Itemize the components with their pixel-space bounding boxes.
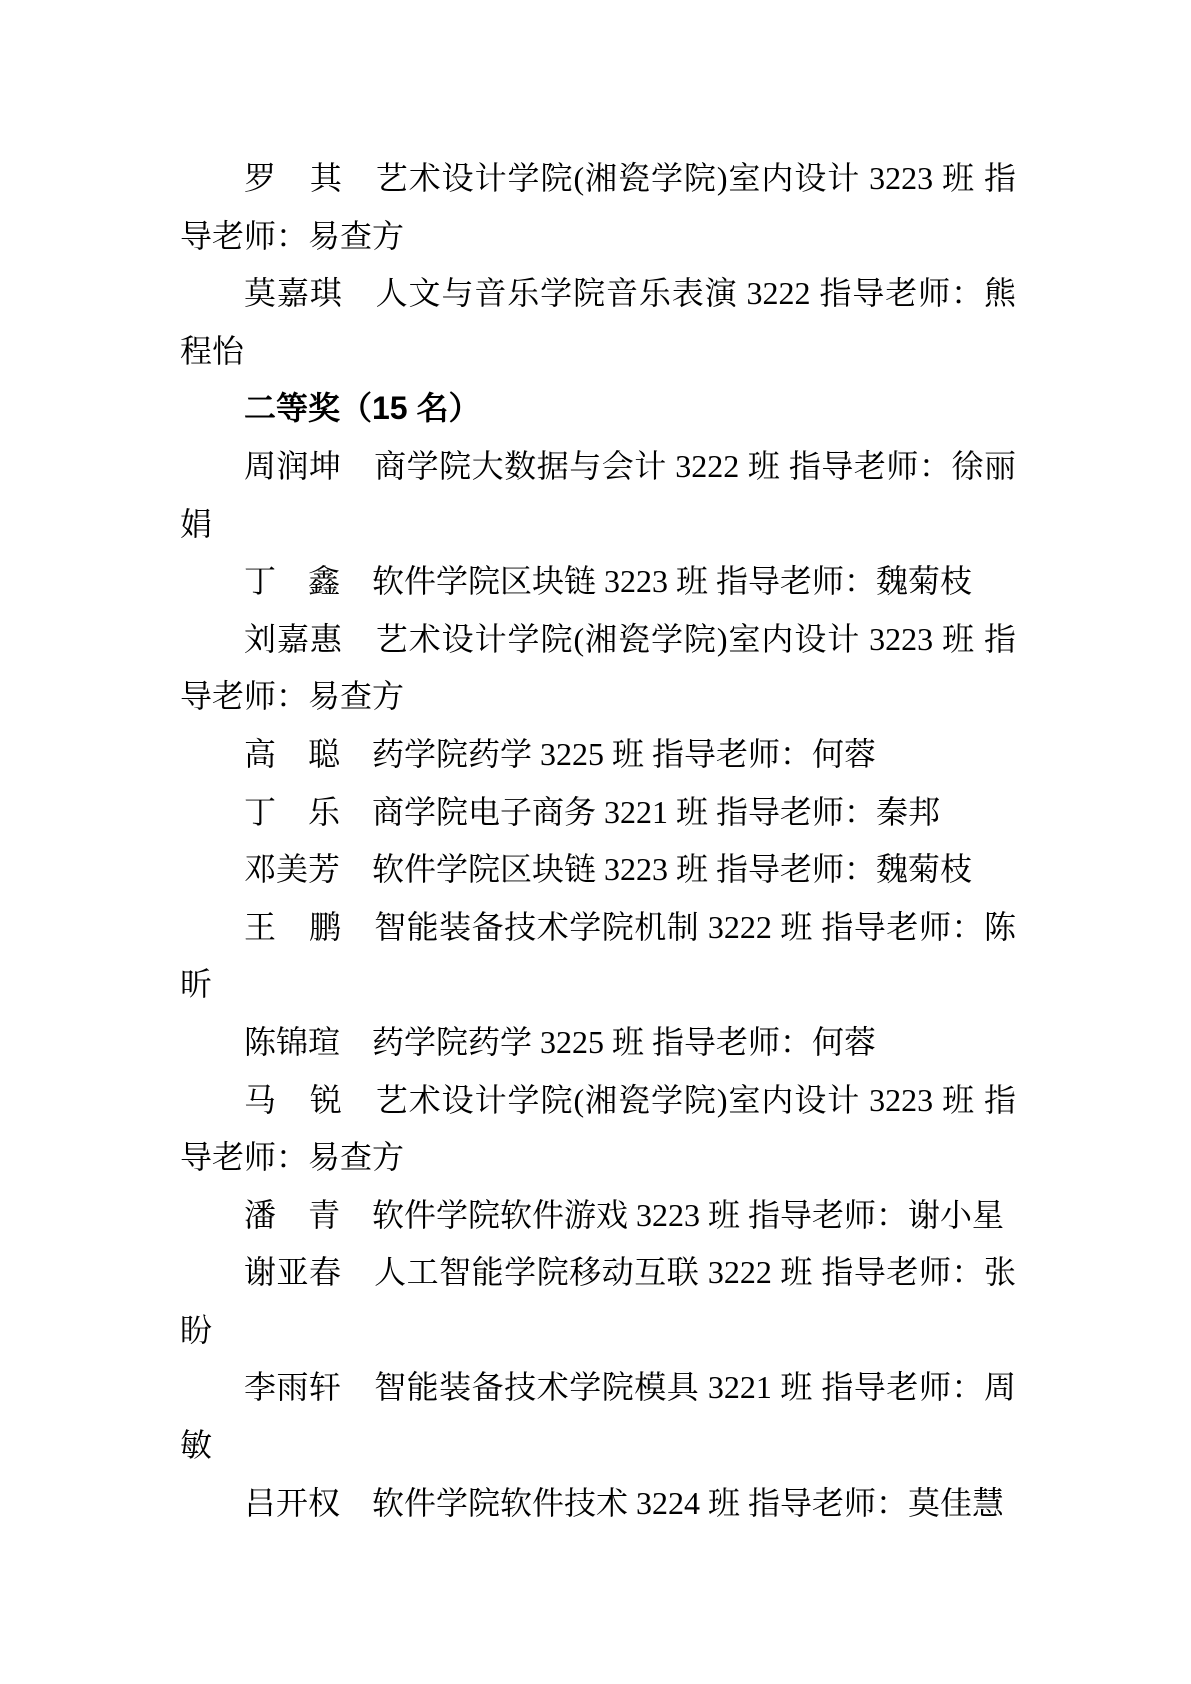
- award-entry: 马 锐 艺术设计学院(湘瓷学院)室内设计 3223 班 指导老师：易查方: [180, 1072, 1016, 1187]
- award-entry: 潘 青 软件学院软件游戏 3223 班 指导老师：谢小星: [180, 1187, 1016, 1245]
- award-entry: 罗 其 艺术设计学院(湘瓷学院)室内设计 3223 班 指导老师：易查方: [180, 150, 1016, 265]
- award-entry: 刘嘉惠 艺术设计学院(湘瓷学院)室内设计 3223 班 指导老师：易查方: [180, 611, 1016, 726]
- award-entry: 邓美芳 软件学院区块链 3223 班 指导老师：魏菊枝: [180, 841, 1016, 899]
- award-entry: 陈锦瑄 药学院药学 3225 班 指导老师：何蓉: [180, 1014, 1016, 1072]
- award-entry: 吕开权 软件学院软件技术 3224 班 指导老师：莫佳慧: [180, 1475, 1016, 1533]
- award-tier-heading: 二等奖（15 名）: [180, 380, 1016, 438]
- award-entry: 高 聪 药学院药学 3225 班 指导老师：何蓉: [180, 726, 1016, 784]
- award-entry: 谢亚春 人工智能学院移动互联 3222 班 指导老师：张盼: [180, 1244, 1016, 1359]
- document-page: 罗 其 艺术设计学院(湘瓷学院)室内设计 3223 班 指导老师：易查方莫嘉琪 …: [0, 0, 1191, 1684]
- award-entry: 李雨轩 智能装备技术学院模具 3221 班 指导老师：周敏: [180, 1359, 1016, 1474]
- document-content: 罗 其 艺术设计学院(湘瓷学院)室内设计 3223 班 指导老师：易查方莫嘉琪 …: [180, 150, 1016, 1532]
- award-entry: 丁 鑫 软件学院区块链 3223 班 指导老师：魏菊枝: [180, 553, 1016, 611]
- award-entry: 莫嘉琪 人文与音乐学院音乐表演 3222 指导老师：熊程怡: [180, 265, 1016, 380]
- award-entry: 王 鹏 智能装备技术学院机制 3222 班 指导老师：陈昕: [180, 899, 1016, 1014]
- award-entry: 周润坤 商学院大数据与会计 3222 班 指导老师：徐丽娟: [180, 438, 1016, 553]
- award-entry: 丁 乐 商学院电子商务 3221 班 指导老师：秦邦: [180, 784, 1016, 842]
